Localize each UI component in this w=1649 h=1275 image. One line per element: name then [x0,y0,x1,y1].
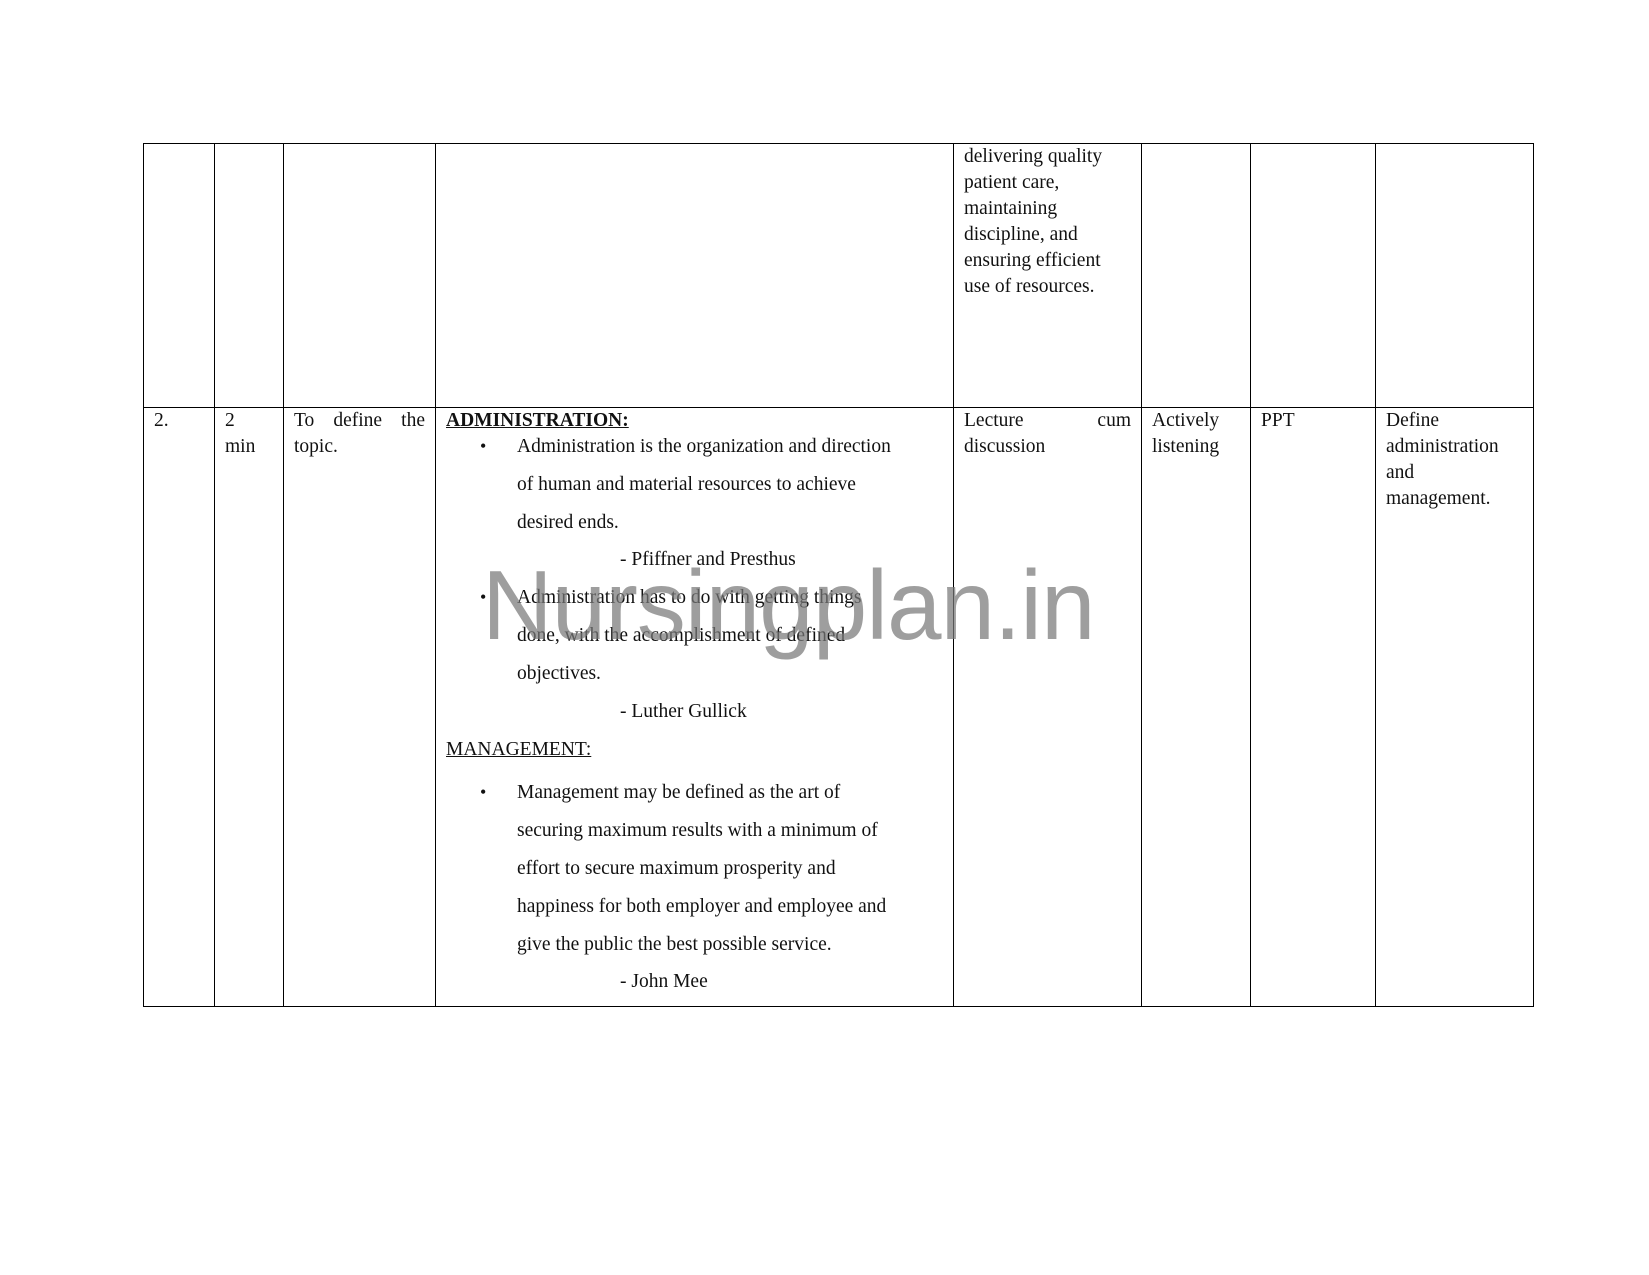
definition-line: of human and material resources to achie… [517,466,943,504]
av-aids-text: PPT [1261,410,1295,431]
administration-definitions: • Administration is the organization and… [446,428,943,541]
definition-line: done, with the accomplishment of defined [517,617,943,655]
definition-author: - Pfiffner and Presthus [446,541,943,579]
definition-author: - Luther Gullick [446,693,943,731]
management-heading: MANAGEMENT: [446,730,943,770]
definition-line: Administration is the organization and d… [517,428,943,466]
table-row: 2. 2 min To define the topic. ADMINISTRA… [144,408,1534,1007]
administration-definitions-2: • Administration has to do with getting … [446,579,943,692]
definition-line: give the public the best possible servic… [517,926,943,964]
continuation-line: ensuring efficient [964,248,1131,274]
cell-objective: To define the topic. [284,408,436,1007]
definition-item: • Administration is the organization and… [446,428,943,541]
cell-time: 2 min [215,408,284,1007]
learner-activity-text: Actively listening [1152,410,1219,457]
continuation-line: maintaining [964,196,1131,222]
definition-line: Management may be defined as the art of [517,774,943,812]
definition-line: Administration has to do with getting th… [517,579,943,617]
definition-line: happiness for both employer and employee… [517,888,943,926]
cell-av-aids: PPT [1251,408,1376,1007]
definition-line: securing maximum results with a minimum … [517,812,943,850]
objective-text: To define the topic. [294,410,425,457]
cell-time [215,144,284,408]
cell-sl-no: 2. [144,408,215,1007]
bullet-icon: • [480,428,486,466]
teaching-method-line: discussion [964,434,1131,460]
definition-item: • Management may be defined as the art o… [446,774,943,963]
cell-evaluation: Define administration and management. [1376,408,1534,1007]
definition-line: objectives. [517,655,943,693]
cell-teaching-method: Lecture cum discussion [954,408,1142,1007]
cell-objective [284,144,436,408]
cell-av-aids [1251,144,1376,408]
cell-sl-no [144,144,215,408]
continuation-line: discipline, and [964,222,1131,248]
continuation-line: delivering quality [964,144,1131,170]
definition-item: • Administration has to do with getting … [446,579,943,692]
definition-author: - John Mee [446,963,943,1001]
time-value: 2 [225,408,273,434]
table-row: delivering quality patient care, maintai… [144,144,1534,408]
management-definitions: • Management may be defined as the art o… [446,774,943,963]
cell-evaluation [1376,144,1534,408]
bullet-icon: • [480,579,486,617]
bullet-icon: • [480,774,486,812]
time-unit: min [225,434,273,460]
continuation-line: patient care, [964,170,1131,196]
definition-line: effort to secure maximum prosperity and [517,850,943,888]
cell-content [436,144,954,408]
cell-content-continuation: delivering quality patient care, maintai… [954,144,1142,408]
definition-line: desired ends. [517,504,943,542]
teaching-method-line: Lecture cum [964,408,1131,434]
sl-no: 2. [154,410,169,431]
cell-learner-activity [1142,144,1251,408]
cell-learner-activity: Actively listening [1142,408,1251,1007]
cell-content: ADMINISTRATION: • Administration is the … [436,408,954,1007]
continuation-line: use of resources. [964,274,1131,300]
lesson-plan-table: delivering quality patient care, maintai… [143,143,1534,1007]
evaluation-text: Define administration and management. [1386,410,1499,509]
